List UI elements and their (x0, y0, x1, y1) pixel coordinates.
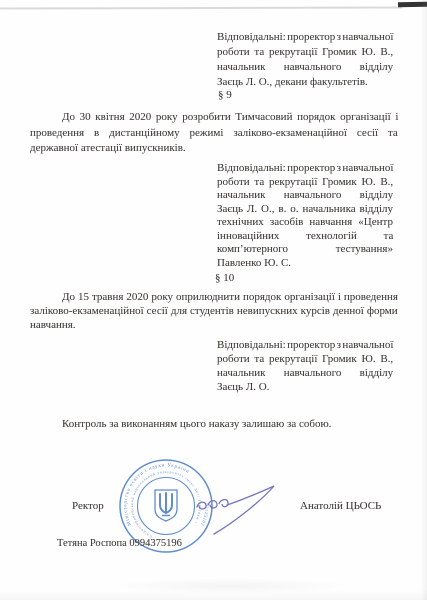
scan-artifact-blot (110, 578, 350, 594)
text-line: комп’ютерного тестування» (217, 243, 393, 257)
text-line: інноваційних технологій та (217, 230, 393, 244)
text-line: До 30 квітня 2020 року розробити Тимчасо… (30, 110, 398, 126)
text-line: Відповідальні: проректор з навчальної (217, 162, 393, 176)
text-line: начальник навчального відділу (217, 60, 393, 75)
text-line: проведення в дистанційному режимі заліко… (30, 126, 398, 142)
text-line: навчання. (30, 319, 398, 333)
control-statement: Контроль за виконанням цього наказу зали… (62, 417, 331, 432)
section-10-mark: § 10 (215, 271, 234, 286)
text-line: заліково-екзаменаційної сесії для студен… (30, 305, 398, 319)
text-line: начальник навчального відділу (217, 366, 393, 380)
text-line: технічних засобів навчання «Центр (217, 216, 393, 230)
responsible-block-3: Відповідальні: проректор з навчальноїроб… (217, 338, 393, 394)
text-line: роботи та рекрутації Громик Ю. В., (217, 45, 393, 60)
rector-name: Анатолій ЦЬОСЬ (300, 499, 381, 514)
trident-icon (155, 490, 177, 521)
text-line: Відповідальні: проректор з навчальної (217, 30, 393, 45)
contact-line: Тетяна Роспопа 0994375196 (57, 536, 182, 551)
text-line: Відповідальні: проректор з навчальної (217, 338, 393, 352)
scan-artifact-line (0, 6, 402, 9)
text-line: До 15 травня 2020 року оприлюднити поряд… (30, 291, 398, 305)
document-page: Відповідальні: проректор з навчальноїроб… (0, 0, 427, 600)
text-line: Павленко Ю. С. (217, 257, 393, 271)
text-line: Заєць Л. О., в. о. начальника відділу (217, 203, 393, 217)
text-line: начальник навчального відділу (217, 189, 393, 203)
order-paragraph-9: До 30 квітня 2020 року розробити Тимчасо… (30, 110, 398, 157)
order-paragraph-10: До 15 травня 2020 року оприлюднити поряд… (30, 291, 398, 332)
text-line: роботи та рекрутації Громик Ю. В., (217, 352, 393, 366)
text-line: роботи та рекрутації Громик Ю. В., (217, 176, 393, 190)
scan-artifact-corner-mark (398, 2, 427, 8)
text-line: Заєць Л. О., декани факультетів. (217, 75, 393, 90)
responsible-block-2: Відповідальні: проректор з навчальноїроб… (217, 162, 393, 270)
text-line: Заєць Л. О. (217, 380, 393, 394)
responsible-block-1: Відповідальні: проректор з навчальноїроб… (217, 30, 393, 90)
text-line: державної атестації випускників. (30, 141, 398, 157)
rector-title: Ректор (72, 499, 104, 514)
section-9-mark: § 9 (218, 88, 232, 103)
